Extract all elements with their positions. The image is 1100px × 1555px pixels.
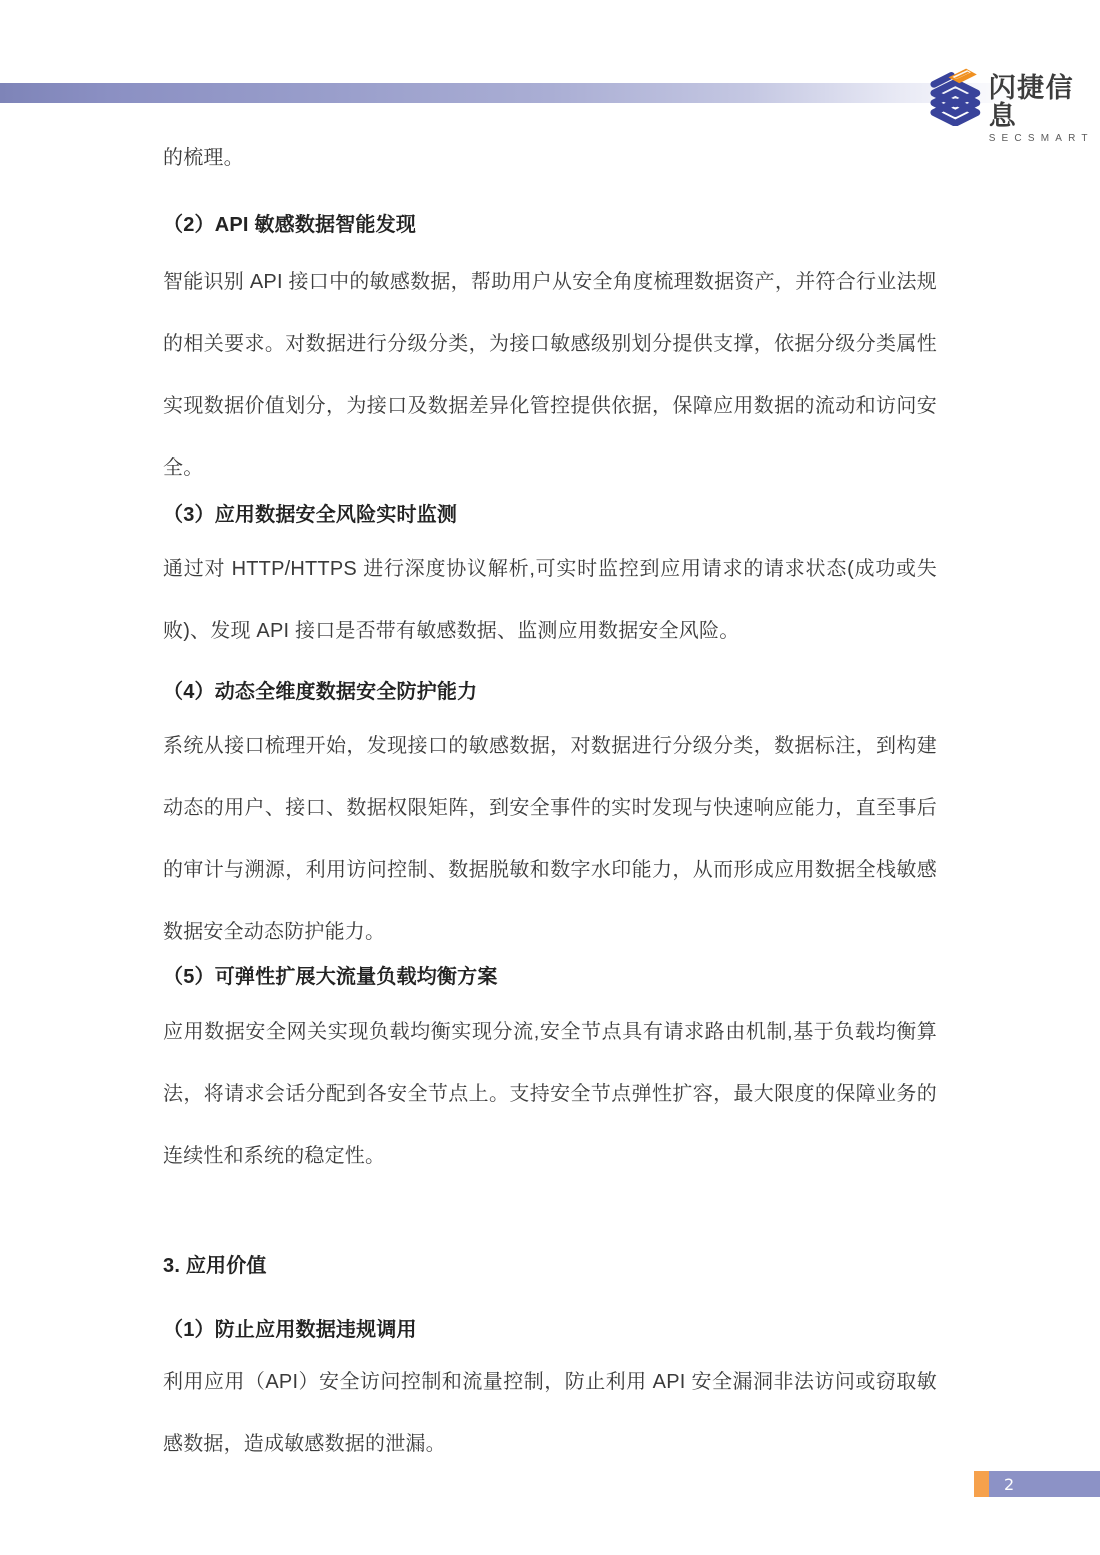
brand-name-en: SECSMART	[989, 133, 1100, 144]
page-number: 2	[989, 1475, 1014, 1494]
chapter-heading: 3. 应用价值	[163, 1235, 937, 1297]
page-footer: 2	[0, 1471, 1100, 1497]
secsmart-logo-icon	[928, 64, 983, 126]
section-paragraph-5: 应用数据安全网关实现负载均衡实现分流,安全节点具有请求路由机制,基于负载均衡算法…	[163, 1001, 937, 1187]
section-heading-2: （2）API 敏感数据智能发现	[163, 194, 937, 256]
brand-name-cn: 闪捷信息	[989, 74, 1100, 130]
section-paragraph-2: 智能识别 API 接口中的敏感数据，帮助用户从安全角度梳理数据资产，并符合行业法…	[163, 251, 937, 499]
section-paragraph-4: 系统从接口梳理开始，发现接口的敏感数据，对数据进行分级分类，数据标注，到构建动态…	[163, 715, 937, 963]
section-heading-5: （5）可弹性扩展大流量负载均衡方案	[163, 946, 937, 1008]
section-heading-4: （4）动态全维度数据安全防护能力	[163, 661, 937, 723]
chapter-section-paragraph-1: 利用应用（API）安全访问控制和流量控制，防止利用 API 安全漏洞非法访问或窃…	[163, 1351, 937, 1475]
section-paragraph-3: 通过对 HTTP/HTTPS 进行深度协议解析,可实时监控到应用请求的请求状态(…	[163, 538, 937, 662]
document-body: 的梳理。 （2）API 敏感数据智能发现 智能识别 API 接口中的敏感数据，帮…	[163, 127, 937, 1475]
brand-logo: 闪捷信息 SECSMART	[928, 64, 1100, 144]
footer-accent-square	[974, 1471, 989, 1497]
section-heading-3: （3）应用数据安全风险实时监测	[163, 484, 937, 546]
document-page: 闪捷信息 SECSMART 的梳理。 （2）API 敏感数据智能发现 智能识别 …	[0, 0, 1100, 1555]
paragraph-carryover: 的梳理。	[163, 127, 937, 189]
brand-logo-text: 闪捷信息 SECSMART	[989, 64, 1100, 144]
page-number-bar: 2	[989, 1471, 1100, 1497]
